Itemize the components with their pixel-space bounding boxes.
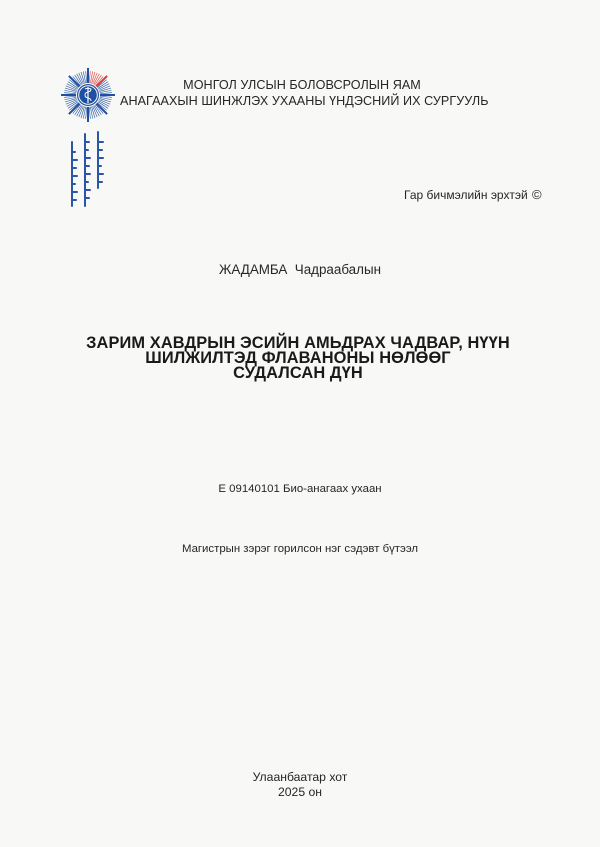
thesis-title-line: СУДАЛСАН ДҮН (80, 366, 516, 381)
copyright-text: Гар бичмэлийн эрхтэй (404, 188, 528, 202)
thesis-title: ЗАРИМ ХАВДРЫН ЭСИЙН АМЬДРАХ ЧАДВАР, НҮҮН… (80, 336, 516, 382)
place: Улаанбаатар хот (0, 770, 600, 785)
institution-header: МОНГОЛ УЛСЫН БОЛОВСРОЛЫН ЯАМ АНАГААХЫН Ш… (120, 77, 484, 109)
specialty-code: E 09140101 Био-анагаах ухаан (0, 483, 600, 495)
degree-statement: Магистрын зэрэг горилсон нэг сэдэвт бүтэ… (0, 543, 600, 555)
copyright-icon: © (532, 187, 542, 202)
mongolian-script-university-name-icon (66, 128, 110, 208)
university-emblem-icon (60, 67, 116, 123)
copyright-notice: Гар бичмэлийн эрхтэй © (404, 187, 542, 202)
university-name: АНАГААХЫН ШИНЖЛЭХ УХААНЫ ҮНДЭСНИЙ ИХ СУР… (120, 93, 484, 109)
thesis-title-page: МОНГОЛ УЛСЫН БОЛОВСРОЛЫН ЯАМ АНАГААХЫН Ш… (0, 0, 600, 847)
author-name: ЖАДАМБА Чадраабалын (0, 262, 600, 277)
ministry-name: МОНГОЛ УЛСЫН БОЛОВСРОЛЫН ЯАМ (120, 77, 484, 93)
place-and-year: Улаанбаатар хот 2025 он (0, 770, 600, 800)
year: 2025 он (0, 785, 600, 800)
